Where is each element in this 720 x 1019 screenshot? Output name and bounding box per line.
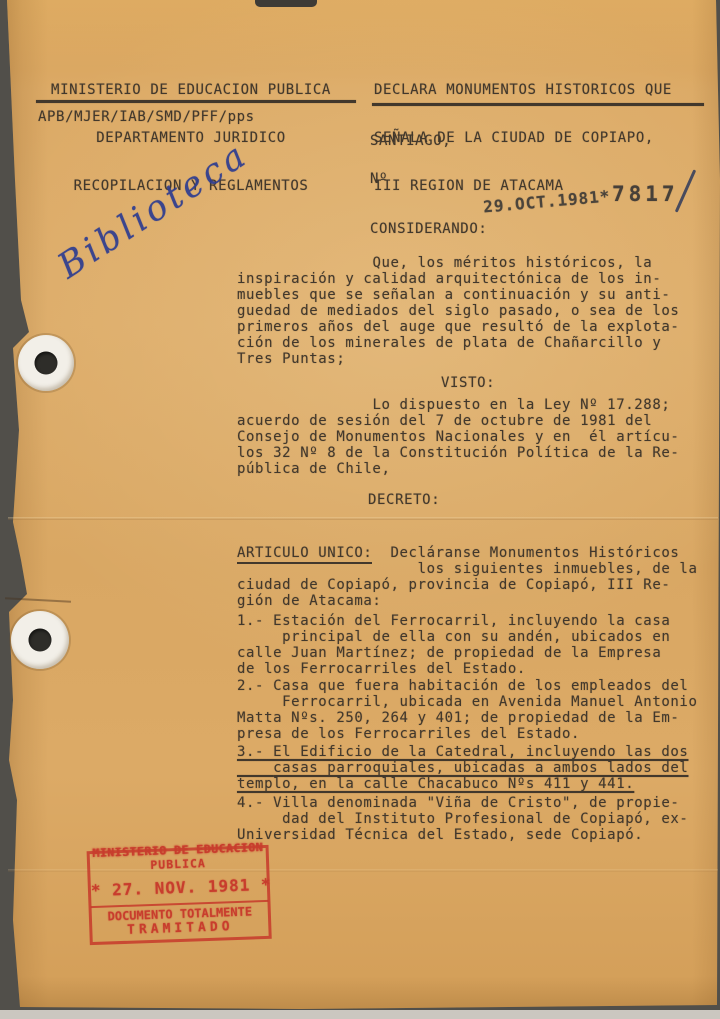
scanned-document: MINISTERIO DE EDUCACION PUBLICA DEPARTAM… [0, 0, 720, 1019]
ink-smudge [255, 0, 317, 7]
monument-item-4: 4.- Villa denominada "Viña de Cristo", d… [237, 795, 715, 843]
received-stamp: MINISTERIO DE EDUCACION PUBLICA * 27. NO… [86, 835, 272, 945]
stamp-date: * 27. NOV. 1981 * [91, 875, 268, 900]
considerando-heading: CONSIDERANDO: [370, 221, 487, 237]
department-name: DEPARTAMENTO JURIDICO [40, 130, 342, 146]
visto-paragraph: Lo dispuesto en la Ley Nº 17.288; acuerd… [237, 397, 702, 477]
punch-hole [29, 629, 52, 652]
received-stamp-box: MINISTERIO DE EDUCACION PUBLICA * 27. NO… [87, 845, 272, 945]
decreto-heading: DECRETO: [368, 492, 440, 508]
punch-hole-reinforcement [18, 335, 74, 391]
header-left-rule [36, 100, 356, 103]
punch-hole-reinforcement [11, 611, 69, 669]
reference-code: APB/MJER/IAB/SMD/PFF/pps [38, 109, 255, 125]
considerando-paragraph: Que, los méritos históricos, la inspirac… [237, 255, 702, 367]
header-right-rule [372, 103, 704, 106]
place-line: SANTIAGO, [370, 133, 451, 149]
monument-item-3: 3.- El Edificio de la Catedral, incluyen… [237, 744, 715, 792]
decree-number: 7817 [612, 182, 679, 206]
scanner-bed [0, 1010, 720, 1019]
monument-item-2: 2.- Casa que fuera habitación de los emp… [237, 678, 715, 742]
subject-line: DECLARA MONUMENTOS HISTORICOS QUE [374, 82, 672, 98]
articulo-unico-paragraph: ARTICULO UNICO: Decláranse Monumentos Hi… [237, 545, 709, 609]
punch-hole [35, 352, 58, 375]
ministry-name: MINISTERIO DE EDUCACION PUBLICA [40, 82, 342, 98]
visto-heading: VISTO: [441, 375, 495, 391]
decree-number-label: Nº [370, 171, 388, 187]
monument-item-1: 1.- Estación del Ferrocarril, incluyendo… [237, 613, 715, 677]
